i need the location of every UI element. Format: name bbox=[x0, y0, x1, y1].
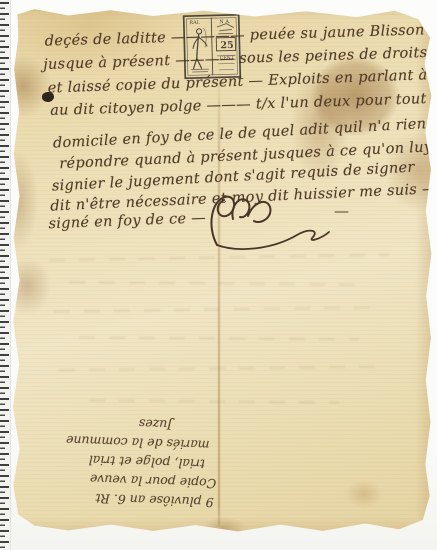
signature-paraph bbox=[195, 189, 345, 255]
ruler-scale bbox=[0, 0, 11, 550]
docket-note-upside-down: 9 pluviôse an 6. Rt Copie pour la veuve … bbox=[31, 406, 218, 512]
stamp-header-right: N A. bbox=[219, 19, 231, 25]
stamp-unit: CENT. bbox=[220, 55, 235, 61]
ruler-major-ticks bbox=[0, 2, 9, 548]
stamp-header-left: RAI. bbox=[189, 20, 201, 26]
showthrough-stroke bbox=[89, 399, 339, 404]
manuscript-paper: deçés de laditte ————— peuée su jaune Bl… bbox=[9, 6, 433, 533]
stamp-value: 25 bbox=[220, 40, 234, 51]
photographed-manuscript: deçés de laditte ————— peuée su jaune Bl… bbox=[0, 0, 437, 550]
revenue-stamp: RAI. N A. 25 CENT. bbox=[182, 13, 242, 80]
trailing-dash: — bbox=[334, 202, 349, 220]
manuscript-line: au dit citoyen polge ——— t/x l'un deux p… bbox=[50, 90, 437, 119]
